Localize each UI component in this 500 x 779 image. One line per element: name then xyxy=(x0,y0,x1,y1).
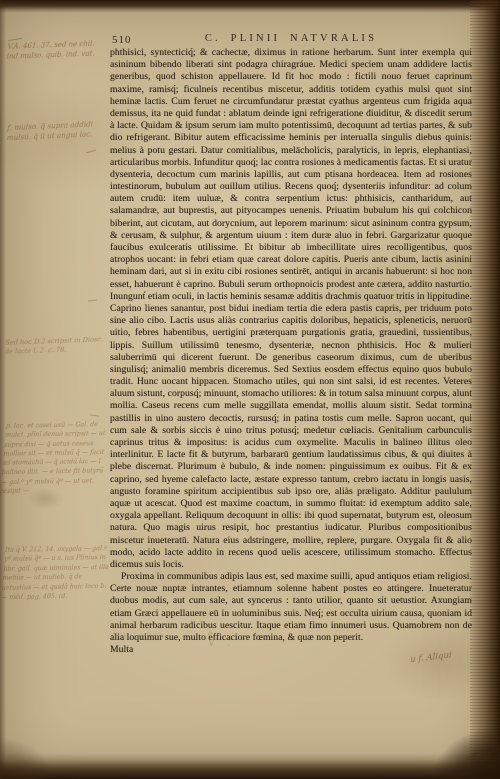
scan-edge-bottom xyxy=(0,753,500,779)
margin-note-top: V.A. 461. 37. sed ne chil. ind mulso. qu… xyxy=(6,39,107,62)
running-title: C. PLINII NATVRALIS xyxy=(110,33,472,44)
gathering-signature-mark: e V. xyxy=(208,629,268,649)
scan-corner-shadow-bottom-right xyxy=(410,709,500,779)
scan-edge-left xyxy=(0,0,6,779)
faded-library-stamp: Bibliothek xyxy=(112,631,165,642)
margin-tick-mark xyxy=(8,38,22,41)
book-fore-edge xyxy=(470,0,500,779)
body-paragraph-1: phthisici, syntecticiq́; & cachectæ, dix… xyxy=(110,47,472,571)
margin-tick-mark xyxy=(88,300,97,302)
margin-note-block-lower: Ita q̄ V. 212. 14. oxygala — gal.º yº mu… xyxy=(1,544,112,602)
margin-note-middle: Sed hoc D.2 scripsit in Diosc. de lacte … xyxy=(5,335,108,357)
main-text-block: phthisici, syntecticiq́; & cachectæ, dix… xyxy=(110,47,472,656)
margin-note-block-upper: p. lac. et casei usū — Gal. de mulct. pl… xyxy=(0,420,112,496)
scan-corner-shadow-bottom-left xyxy=(0,723,70,779)
scan-edge-top xyxy=(0,0,500,13)
page-header: 510 C. PLINII NATVRALIS xyxy=(110,33,472,47)
margin-tick-mark xyxy=(90,414,99,417)
book-scan-page: 510 C. PLINII NATVRALIS phthisici, synte… xyxy=(0,0,500,779)
margin-tick-mark xyxy=(86,150,96,153)
margin-note-second: f. mulso. q̄ supra addidi mulsū. q̄ ū ut… xyxy=(6,119,109,144)
